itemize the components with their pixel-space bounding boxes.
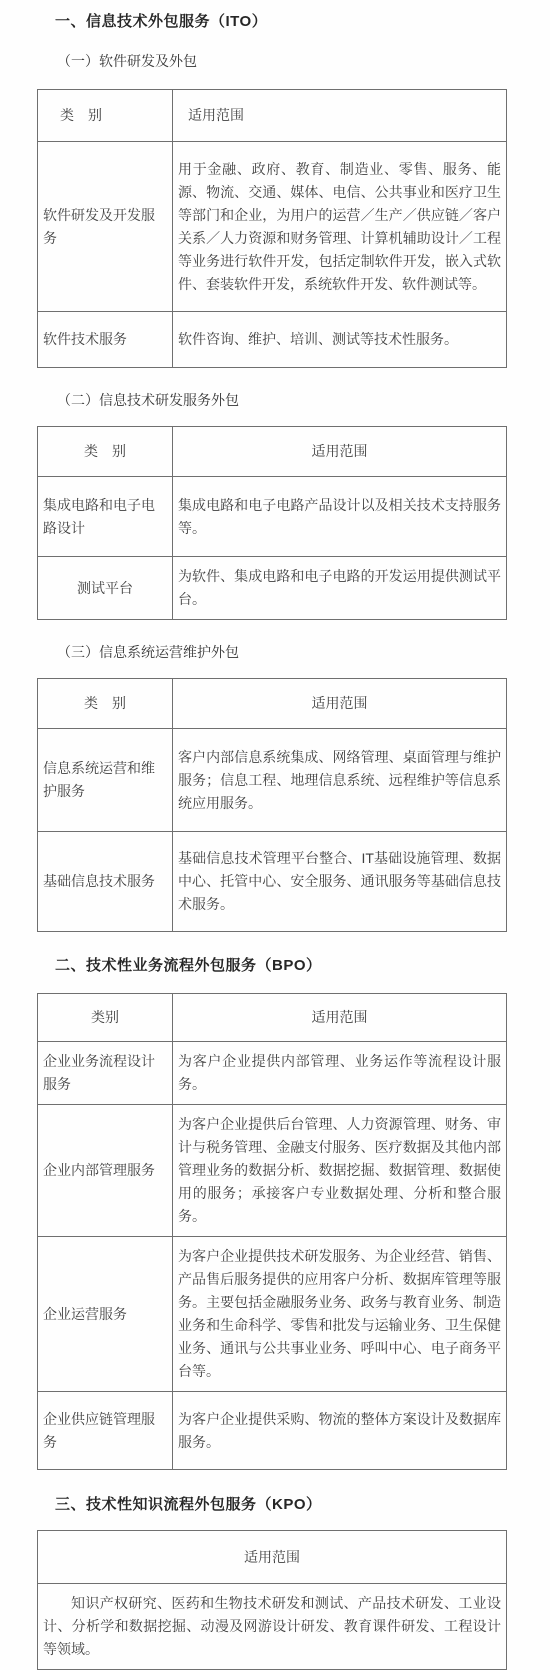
scope-column-header: 适用范围 — [173, 679, 507, 729]
scope-column-header: 适用范围 — [173, 90, 507, 142]
table-row: 知识产权研究、医药和生物技术研发和测试、产品技术研发、工业设计、分析学和数据挖掘… — [38, 1584, 507, 1670]
sub-it-rd-outsourcing-heading: （二）信息技术研发服务外包 — [57, 390, 550, 410]
category-column-header: 类别 — [38, 994, 173, 1042]
bpo-table: 类别 适用范围 企业业务流程设计服务 为客户企业提供内部管理、业务运作等流程设计… — [37, 993, 507, 1470]
table-header-row: 类别 适用范围 — [38, 994, 507, 1042]
category-cell: 集成电路和电子电路设计 — [38, 477, 173, 557]
scope-cell: 为软件、集成电路和电子电路的开发运用提供测试平台。 — [173, 557, 507, 620]
software-rd-table: 类 别 适用范围 软件研发及开发服务 用于金融、政府、教育、制造业、零售、服务、… — [37, 89, 507, 368]
category-cell: 企业内部管理服务 — [38, 1105, 173, 1237]
category-cell: 企业运营服务 — [38, 1237, 173, 1392]
kpo-scope-text: 知识产权研究、医药和生物技术研发和测试、产品技术研发、工业设计、分析学和数据挖掘… — [38, 1584, 507, 1670]
scope-cell: 基础信息技术管理平台整合、IT基础设施管理、数据中心、托管中心、安全服务、通讯服… — [173, 832, 507, 932]
table-row: 软件研发及开发服务 用于金融、政府、教育、制造业、零售、服务、能源、物流、交通、… — [38, 142, 507, 312]
category-column-header: 类 别 — [38, 679, 173, 729]
category-column-header: 类 别 — [38, 427, 173, 477]
category-cell: 软件研发及开发服务 — [38, 142, 173, 312]
scope-cell: 客户内部信息系统集成、网络管理、桌面管理与维护服务；信息工程、地理信息系统、远程… — [173, 729, 507, 832]
document-page: 一、信息技术外包服务（ITO） （一）软件研发及外包 类 别 适用范围 软件研发… — [0, 0, 550, 1670]
scope-cell: 为客户企业提供采购、物流的整体方案设计及数据库服务。 — [173, 1392, 507, 1470]
scope-cell: 用于金融、政府、教育、制造业、零售、服务、能源、物流、交通、媒体、电信、公共事业… — [173, 142, 507, 312]
category-cell: 软件技术服务 — [38, 312, 173, 368]
table-header-row: 类 别 适用范围 — [38, 679, 507, 729]
table-row: 测试平台 为软件、集成电路和电子电路的开发运用提供测试平台。 — [38, 557, 507, 620]
category-cell: 信息系统运营和维护服务 — [38, 729, 173, 832]
it-rd-outsourcing-table: 类 别 适用范围 集成电路和电子电路设计 集成电路和电子电路产品设计以及相关技术… — [37, 426, 507, 620]
table-row: 企业供应链管理服务 为客户企业提供采购、物流的整体方案设计及数据库服务。 — [38, 1392, 507, 1470]
table-header-row: 适用范围 — [38, 1531, 507, 1584]
category-column-header: 类 别 — [38, 90, 173, 142]
table-header-row: 类 别 适用范围 — [38, 427, 507, 477]
category-cell: 基础信息技术服务 — [38, 832, 173, 932]
scope-cell: 为客户企业提供内部管理、业务运作等流程设计服务。 — [173, 1042, 507, 1105]
section-kpo-heading: 三、技术性知识流程外包服务（KPO） — [55, 1493, 550, 1514]
scope-cell: 为客户企业提供技术研发服务、为企业经营、销售、产品售后服务提供的应用客户分析、数… — [173, 1237, 507, 1392]
category-cell: 企业供应链管理服务 — [38, 1392, 173, 1470]
sub-is-operation-maintenance-heading: （三）信息系统运营维护外包 — [57, 642, 550, 662]
is-operation-maintenance-table: 类 别 适用范围 信息系统运营和维护服务 客户内部信息系统集成、网络管理、桌面管… — [37, 678, 507, 932]
scope-column-header: 适用范围 — [173, 994, 507, 1042]
category-cell: 测试平台 — [38, 557, 173, 620]
section-ito-heading: 一、信息技术外包服务（ITO） — [55, 10, 550, 31]
scope-cell: 为客户企业提供后台管理、人力资源管理、财务、审计与税务管理、金融支付服务、医疗数… — [173, 1105, 507, 1237]
scope-column-header: 适用范围 — [173, 427, 507, 477]
kpo-table: 适用范围 知识产权研究、医药和生物技术研发和测试、产品技术研发、工业设计、分析学… — [37, 1530, 507, 1670]
kpo-scope-column-header: 适用范围 — [38, 1531, 507, 1584]
table-row: 企业运营服务 为客户企业提供技术研发服务、为企业经营、销售、产品售后服务提供的应… — [38, 1237, 507, 1392]
table-header-row: 类 别 适用范围 — [38, 90, 507, 142]
table-row: 软件技术服务 软件咨询、维护、培训、测试等技术性服务。 — [38, 312, 507, 368]
table-row: 企业业务流程设计服务 为客户企业提供内部管理、业务运作等流程设计服务。 — [38, 1042, 507, 1105]
table-row: 企业内部管理服务 为客户企业提供后台管理、人力资源管理、财务、审计与税务管理、金… — [38, 1105, 507, 1237]
category-cell: 企业业务流程设计服务 — [38, 1042, 173, 1105]
table-row: 基础信息技术服务 基础信息技术管理平台整合、IT基础设施管理、数据中心、托管中心… — [38, 832, 507, 932]
section-bpo-heading: 二、技术性业务流程外包服务（BPO） — [55, 954, 550, 975]
table-row: 集成电路和电子电路设计 集成电路和电子电路产品设计以及相关技术支持服务等。 — [38, 477, 507, 557]
sub-software-rd-heading: （一）软件研发及外包 — [57, 51, 550, 71]
scope-cell: 集成电路和电子电路产品设计以及相关技术支持服务等。 — [173, 477, 507, 557]
table-row: 信息系统运营和维护服务 客户内部信息系统集成、网络管理、桌面管理与维护服务；信息… — [38, 729, 507, 832]
scope-cell: 软件咨询、维护、培训、测试等技术性服务。 — [173, 312, 507, 368]
